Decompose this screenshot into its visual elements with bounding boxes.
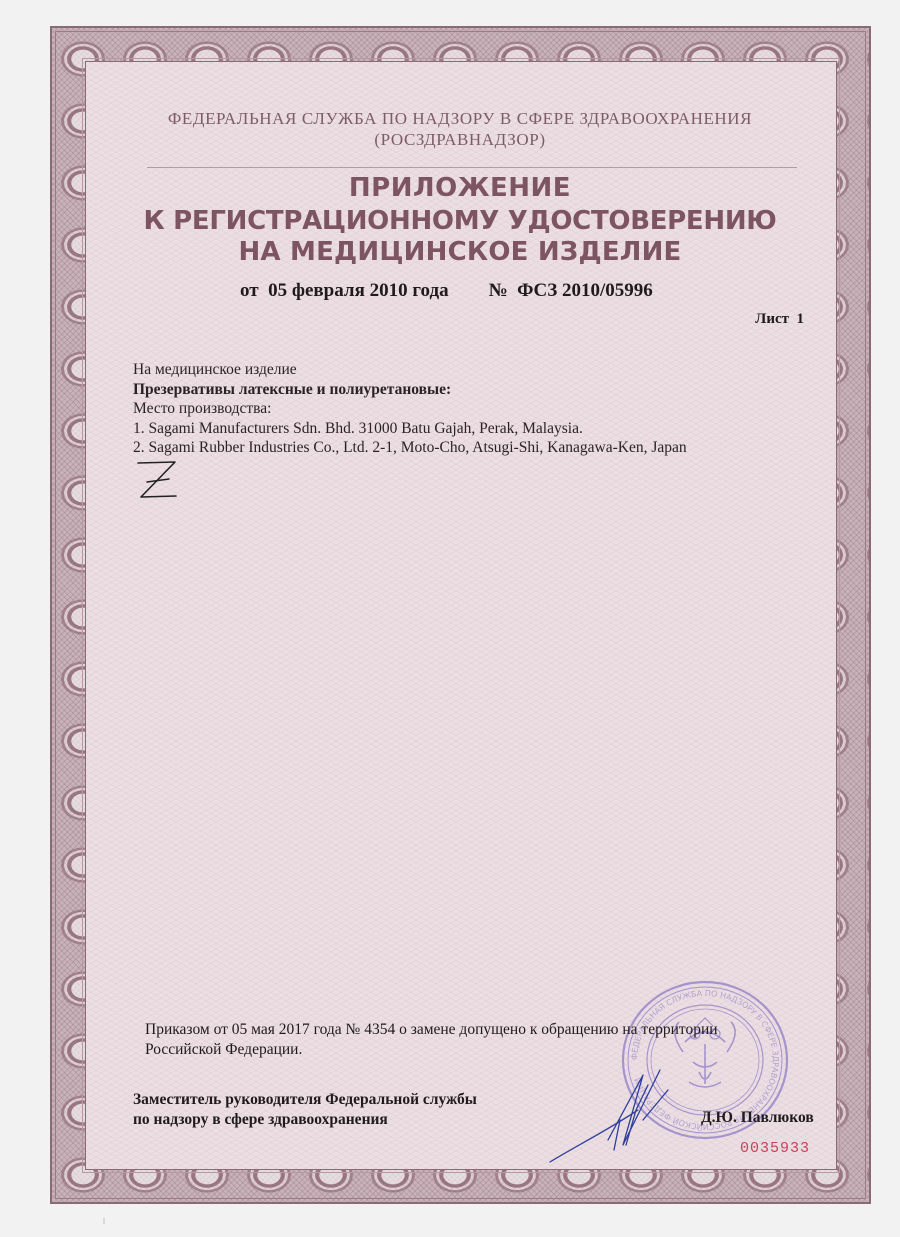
document-subtitle-line1: К РЕГИСТРАЦИОННОМУ УДОСТОВЕРЕНИЮ [100,205,820,238]
signer-position: Заместитель руководителя Федеральной слу… [133,1090,477,1129]
registration-line: от 05 февраля 2010 года№ ФСЗ 2010/05996 [240,280,653,302]
order-line-1: Приказом от 05 мая 2017 года № 4354 о за… [145,1020,825,1040]
handwritten-signature-icon [548,1050,688,1165]
device-name: Презервативы латексные и полиуретановые: [133,380,687,400]
header-divider [147,167,797,168]
sheet-number: Лист 1 [755,311,804,328]
form-serial-number: 0035933 [740,1140,810,1157]
device-description: На медицинское изделие Презервативы лате… [133,360,687,458]
agency-name: ФЕДЕРАЛЬНАЯ СЛУЖБА ПО НАДЗОРУ В СФЕРЕ ЗД… [100,108,820,129]
manufacturing-place-label: Место производства: [133,399,687,419]
scan-artifact [103,1218,105,1224]
agency-abbreviation: (РОСЗДРАВНАДЗОР) [100,129,820,150]
replacement-order-note: Приказом от 05 мая 2017 года № 4354 о за… [145,1020,825,1059]
handwritten-z-mark-icon [135,460,185,502]
document-subtitle-line2: НА МЕДИЦИНСКОЕ ИЗДЕЛИЕ [100,236,820,269]
signer-position-line1: Заместитель руководителя Федеральной слу… [133,1090,477,1110]
device-intro: На медицинское изделие [133,360,687,380]
signer-name: Д.Ю. Павлюков [701,1109,814,1127]
registration-number: № ФСЗ 2010/05996 [489,280,653,301]
document-title: ПРИЛОЖЕНИЕ [100,172,820,205]
manufacturer-item: 1. Sagami Manufacturers Sdn. Bhd. 31000 … [133,419,687,439]
registration-date: от 05 февраля 2010 года [240,280,449,301]
order-line-2: Российской Федерации. [145,1040,825,1060]
manufacturer-item: 2. Sagami Rubber Industries Co., Ltd. 2-… [133,438,687,458]
signer-position-line2: по надзору в сфере здравоохранения [133,1110,477,1130]
